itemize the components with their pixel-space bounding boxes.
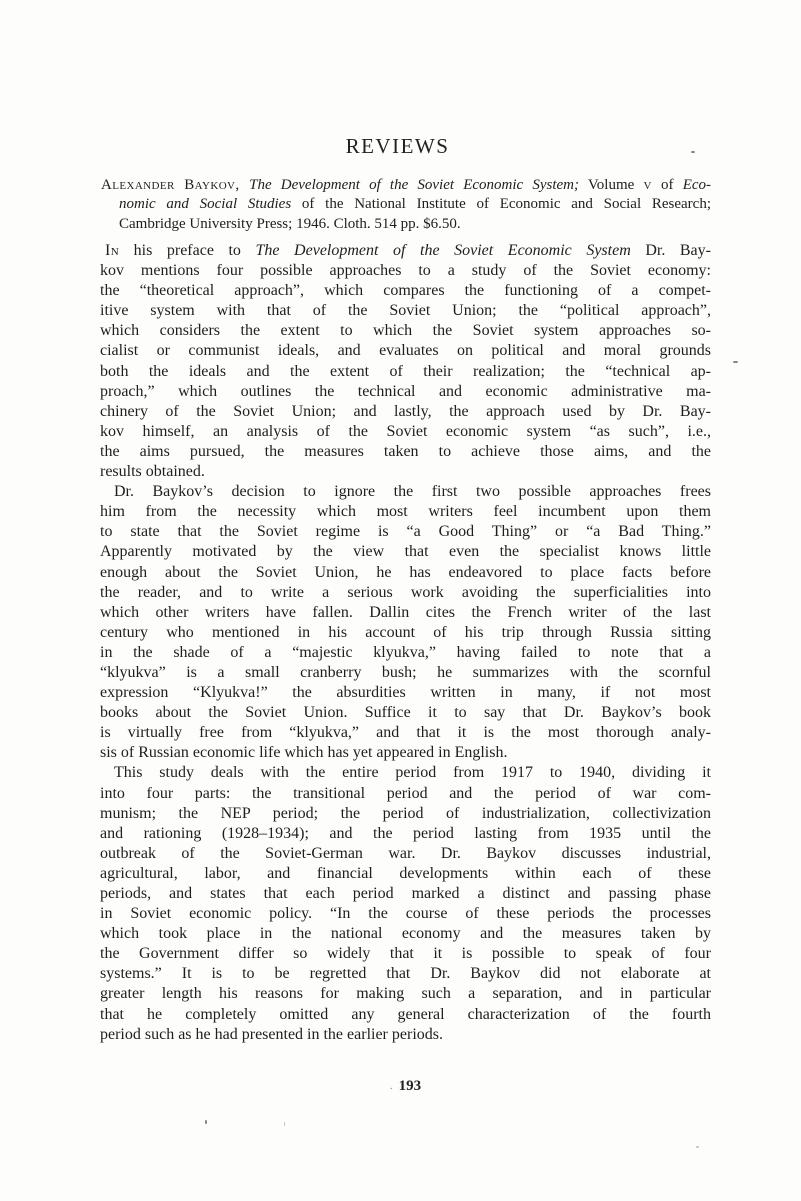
text-line: In his preface to The Development of the…: [100, 241, 711, 261]
body-paragraph: This study deals with the entire period …: [100, 763, 711, 1044]
text-line: Apparently motivated by the view that ev…: [100, 542, 711, 562]
text-line: him from the necessity which most writer…: [100, 502, 711, 522]
review-body: In his preface to The Development of the…: [100, 241, 711, 1045]
text-line: expression “Klyukva!” the absurdities wr…: [100, 683, 711, 703]
text-line: Cambridge University Press; 1946. Cloth.…: [101, 215, 711, 234]
text-line: kov mentions four possible approaches to…: [100, 261, 711, 281]
text-line: agricultural, labor, and financial devel…: [100, 864, 711, 884]
text-line: in the shade of a “majestic klyukva,” ha…: [100, 643, 711, 663]
body-paragraph: Dr. Baykov’s decision to ignore the firs…: [100, 482, 711, 763]
text-line: the reader, and to write a serious work …: [100, 583, 711, 603]
scan-speck: [733, 361, 738, 363]
folio: .193: [100, 1077, 711, 1095]
body-paragraph: In his preface to The Development of the…: [100, 241, 711, 482]
text-line: to state that the Soviet regime is “a Go…: [100, 522, 711, 542]
text-line: munism; the NEP period; the period of in…: [100, 804, 711, 824]
text-line: which took place in the national economy…: [100, 924, 711, 944]
text-line: which considers the extent to which the …: [100, 321, 711, 341]
text-line: books about the Soviet Union. Suffice it…: [100, 703, 711, 723]
text-line: periods, and states that each period mar…: [100, 884, 711, 904]
text-line: century who mentioned in his account of …: [100, 623, 711, 643]
text-line: sis of Russian economic life which has y…: [100, 743, 711, 763]
text-line: that he completely omitted any general c…: [100, 1005, 711, 1025]
text-line: Dr. Baykov’s decision to ignore the firs…: [100, 482, 711, 502]
text-line: cialist or communist ideals, and evaluat…: [100, 341, 711, 361]
folio-number: 193: [399, 1078, 422, 1094]
text-line: in Soviet economic policy. “In the cours…: [100, 904, 711, 924]
text-line: period such as he had presented in the e…: [100, 1025, 711, 1045]
text-line: This study deals with the entire period …: [100, 763, 711, 783]
folio-dot: .: [390, 1080, 393, 1092]
scan-speck: [205, 1120, 207, 1124]
text-line: the aims pursued, the measures taken to …: [100, 442, 711, 462]
scanned-review-page: REVIEWS Alexander Baykov, The Developmen…: [0, 0, 801, 1201]
scan-speck: [691, 151, 695, 153]
text-line: greater length his reasons for making su…: [100, 984, 711, 1004]
text-line: kov himself, an analysis of the Soviet e…: [100, 422, 711, 442]
text-line: Alexander Baykov, The Development of the…: [101, 176, 711, 195]
text-line: itive system with that of the Soviet Uni…: [100, 301, 711, 321]
text-line: both the ideals and the extent of their …: [100, 362, 711, 382]
citation-block: Alexander Baykov, The Development of the…: [101, 176, 711, 234]
text-line: systems.” It is to be regretted that Dr.…: [100, 964, 711, 984]
text-line: which other writers have fallen. Dallin …: [100, 603, 711, 623]
text-line: chinery of the Soviet Union; and lastly,…: [100, 402, 711, 422]
scan-speck: [284, 1122, 285, 1126]
text-line: the Government differ so widely that it …: [100, 944, 711, 964]
text-line: “klyukva” is a small cranberry bush; he …: [100, 663, 711, 683]
text-line: results obtained.: [100, 462, 711, 482]
page-title: REVIEWS: [0, 135, 795, 158]
scan-speck: [696, 1146, 699, 1148]
text-line: proach,” which outlines the technical an…: [100, 382, 711, 402]
text-line: into four parts: the transitional period…: [100, 784, 711, 804]
text-line: and rationing (1928–1934); and the perio…: [100, 824, 711, 844]
text-line: nomic and Social Studies of the National…: [101, 195, 711, 214]
text-line: is virtually free from “klyukva,” and th…: [100, 723, 711, 743]
text-line: enough about the Soviet Union, he has en…: [100, 563, 711, 583]
text-line: the “theoretical approach”, which compar…: [100, 281, 711, 301]
text-line: outbreak of the Soviet-German war. Dr. B…: [100, 844, 711, 864]
